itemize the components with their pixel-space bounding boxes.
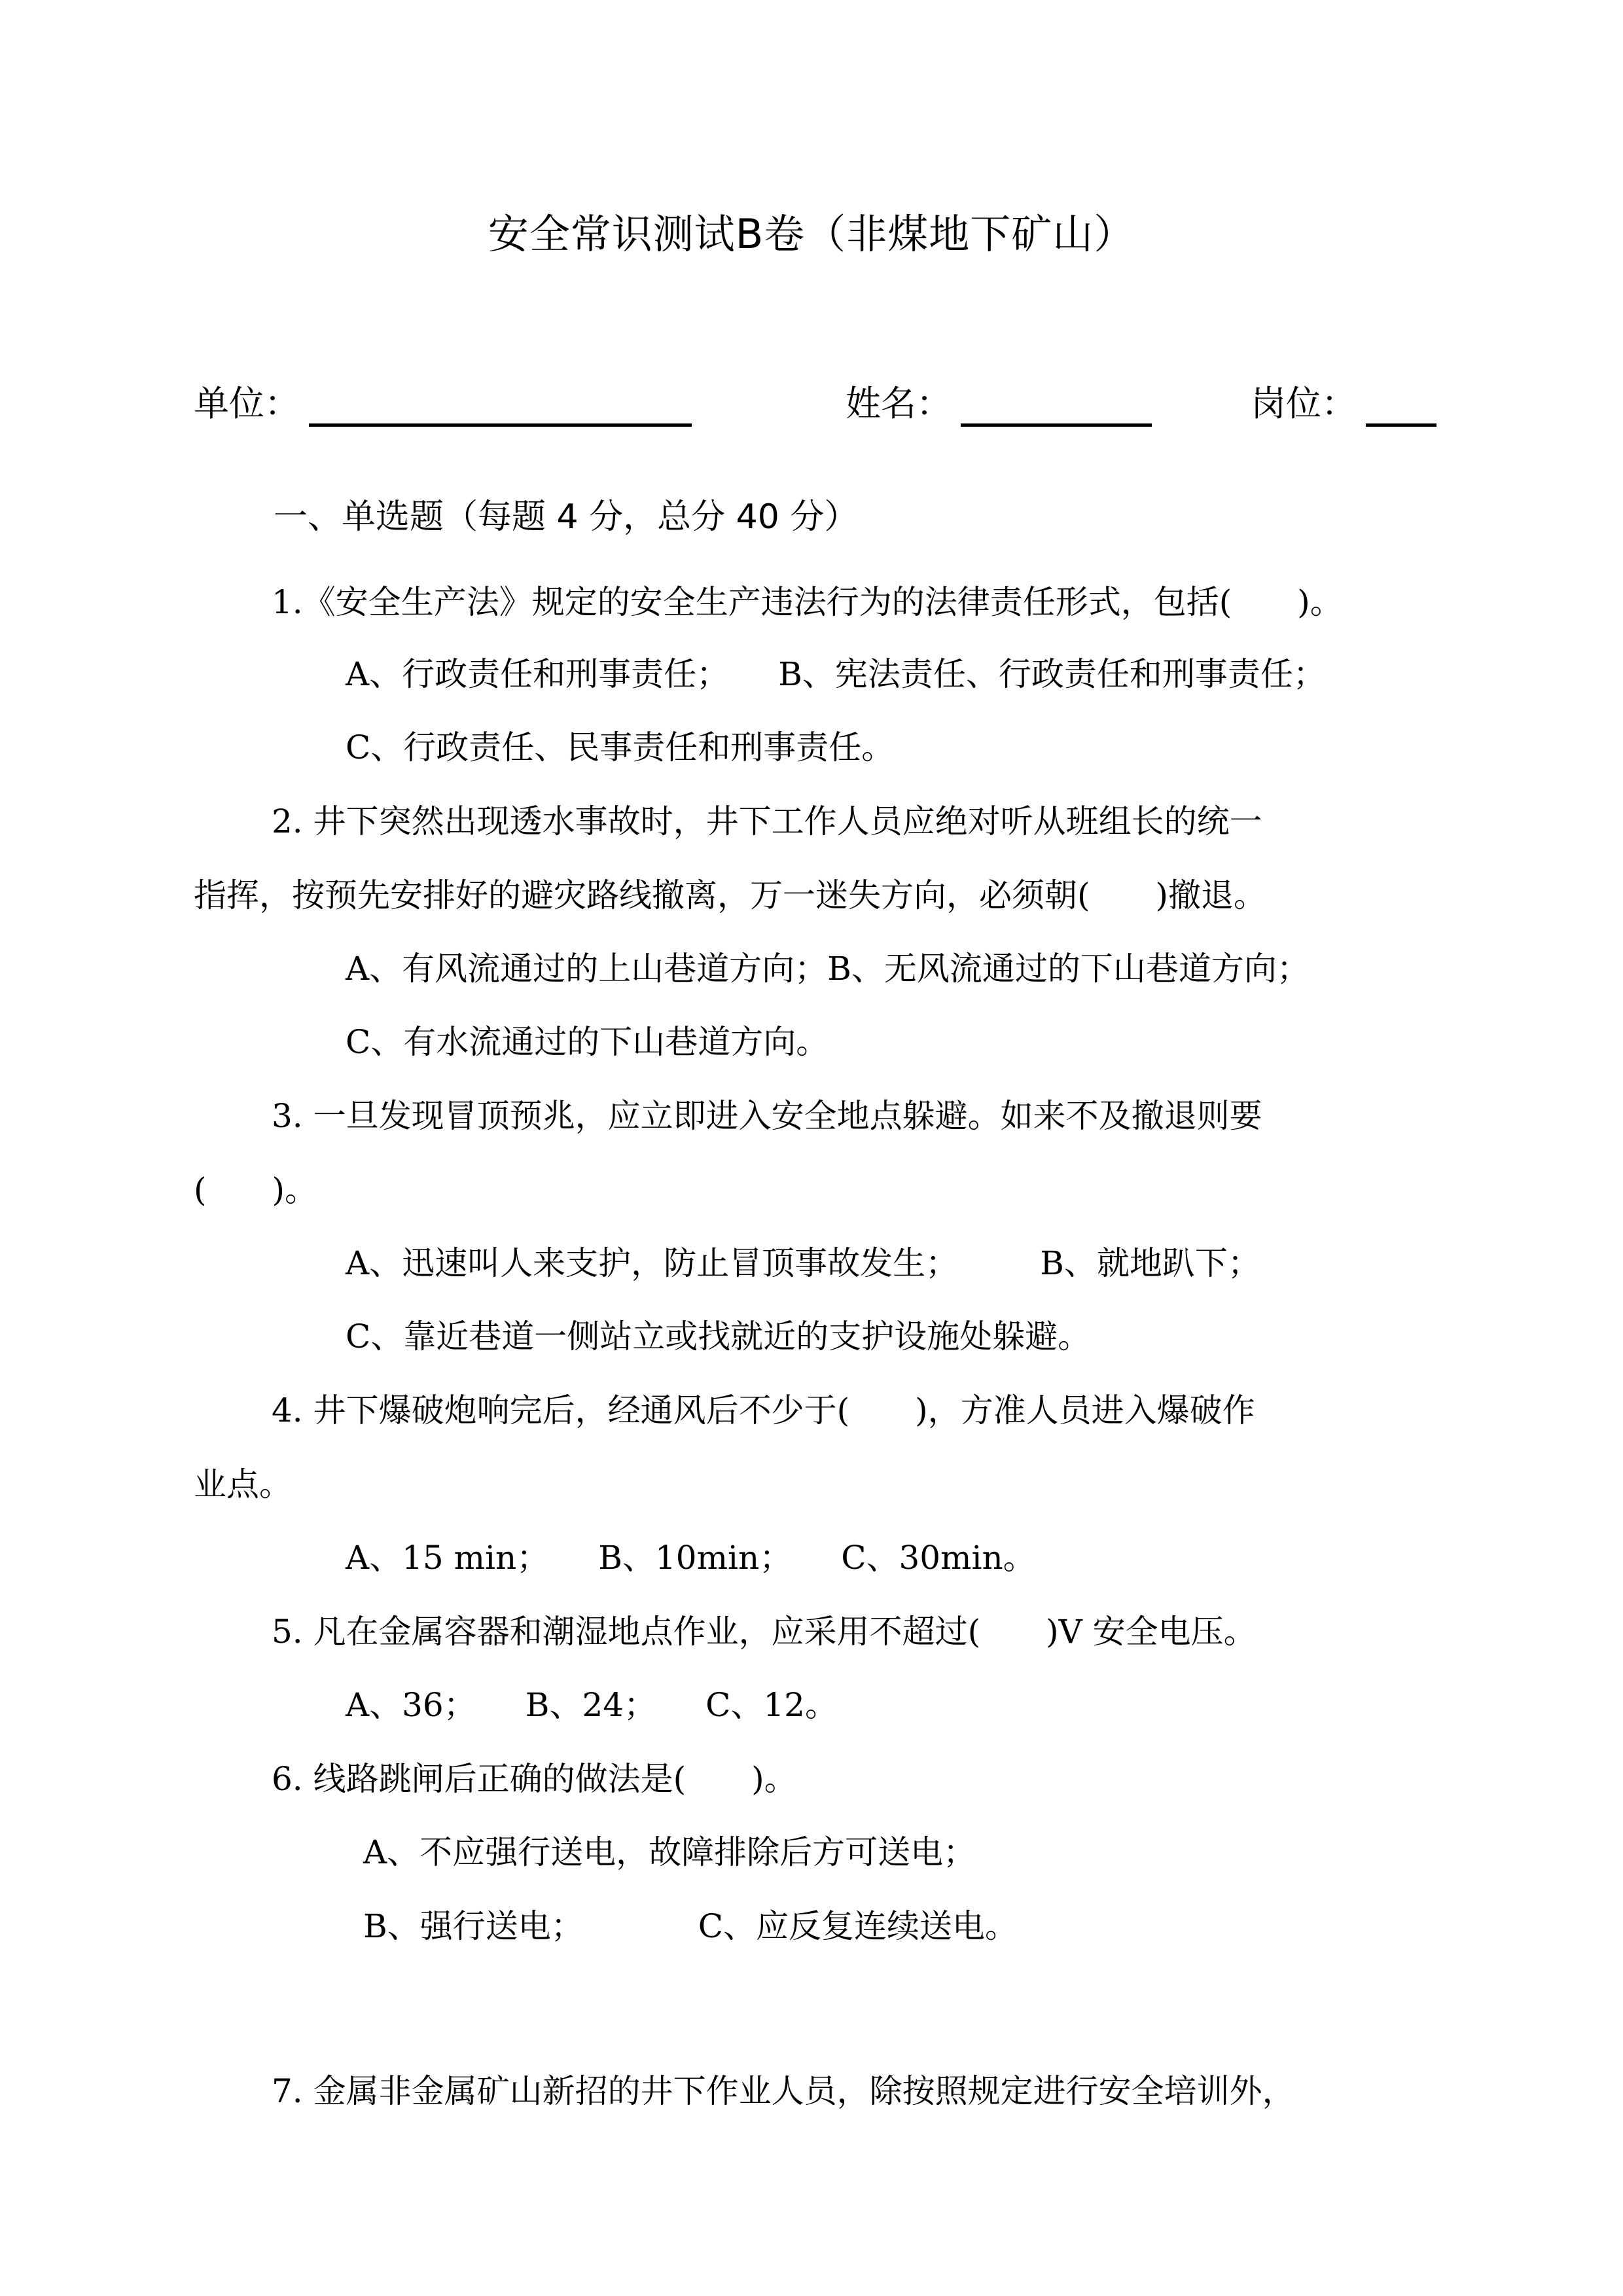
question-1-options-line-1: A、行政责任和刑事责任； B、宪法责任、行政责任和刑事责任； <box>346 651 1326 697</box>
question-6-options-line-1: A、不应强行送电，故障排除后方可送电； <box>363 1829 976 1875</box>
unit-label: 单位： <box>194 381 300 427</box>
question-5-line-1: 5. 凡在金属容器和潮湿地点作业，应采用不超过( )V 安全电压。 <box>272 1609 1257 1655</box>
unit-field: 单位： <box>194 381 692 427</box>
question-4-line-2: 业点。 <box>194 1462 292 1507</box>
post-field: 岗位： <box>1251 381 1436 427</box>
name-label: 姓名： <box>846 381 952 427</box>
post-blank-line[interactable] <box>1366 388 1436 427</box>
question-7-line-1: 7. 金属非金属矿山新招的井下作业人员，除按照规定进行安全培训外， <box>272 2068 1295 2114</box>
question-1-line-1: 1.《安全生产法》规定的安全生产违法行为的法律责任形式，包括( )。 <box>272 579 1343 625</box>
section-heading: 一、单选题（每题 4 分，总分 40 分） <box>274 494 858 540</box>
question-3-options-line-2: C、靠近巷道一侧站立或找就近的支护设施处躲避。 <box>346 1314 1090 1359</box>
question-6-options-line-2: B、强行送电； C、应反复连续送电。 <box>363 1903 1018 1949</box>
exam-page: 安全常识测试B卷（非煤地下矿山） 单位： 姓名： 岗位： 一、单选题（每题 4 … <box>0 0 1623 2296</box>
question-1-options-line-2: C、行政责任、民事责任和刑事责任。 <box>346 725 894 770</box>
question-3-line-2: ( )。 <box>194 1167 317 1213</box>
unit-blank-line[interactable] <box>309 388 692 427</box>
question-4-options-line-1: A、15 min； B、10min； C、30min。 <box>346 1535 1036 1581</box>
name-field: 姓名： <box>846 381 1152 427</box>
question-3-options-line-1: A、迅速叫人来支护，防止冒顶事故发生； B、就地趴下； <box>346 1240 1260 1286</box>
question-3-line-1: 3. 一旦发现冒顶预兆，应立即进入安全地点躲避。如来不及撤退则要 <box>272 1093 1262 1139</box>
examinee-info-row: 单位： 姓名： 岗位： <box>194 381 1437 433</box>
question-5-options-line-1: A、36； B、24； C、12。 <box>346 1682 838 1728</box>
question-2-line-1: 2. 井下突然出现透水事故时，井下工作人员应绝对听从班组长的统一 <box>272 798 1262 844</box>
question-4-line-1: 4. 井下爆破炮响完后，经通风后不少于( )，方准人员进入爆破作 <box>272 1388 1255 1433</box>
post-label: 岗位： <box>1251 381 1357 427</box>
question-2-options-line-1: A、有风流通过的上山巷道方向；B、无风流通过的下山巷道方向； <box>346 946 1310 992</box>
name-blank-line[interactable] <box>961 388 1152 427</box>
document-title: 安全常识测试B卷（非煤地下矿山） <box>0 208 1623 260</box>
question-2-options-line-2: C、有水流通过的下山巷道方向。 <box>346 1019 829 1065</box>
question-2-line-2: 指挥，按预先安排好的避灾路线撤离，万一迷失方向，必须朝( )撤退。 <box>194 872 1266 918</box>
question-6-line-1: 6. 线路跳闸后正确的做法是( )。 <box>272 1756 797 1802</box>
